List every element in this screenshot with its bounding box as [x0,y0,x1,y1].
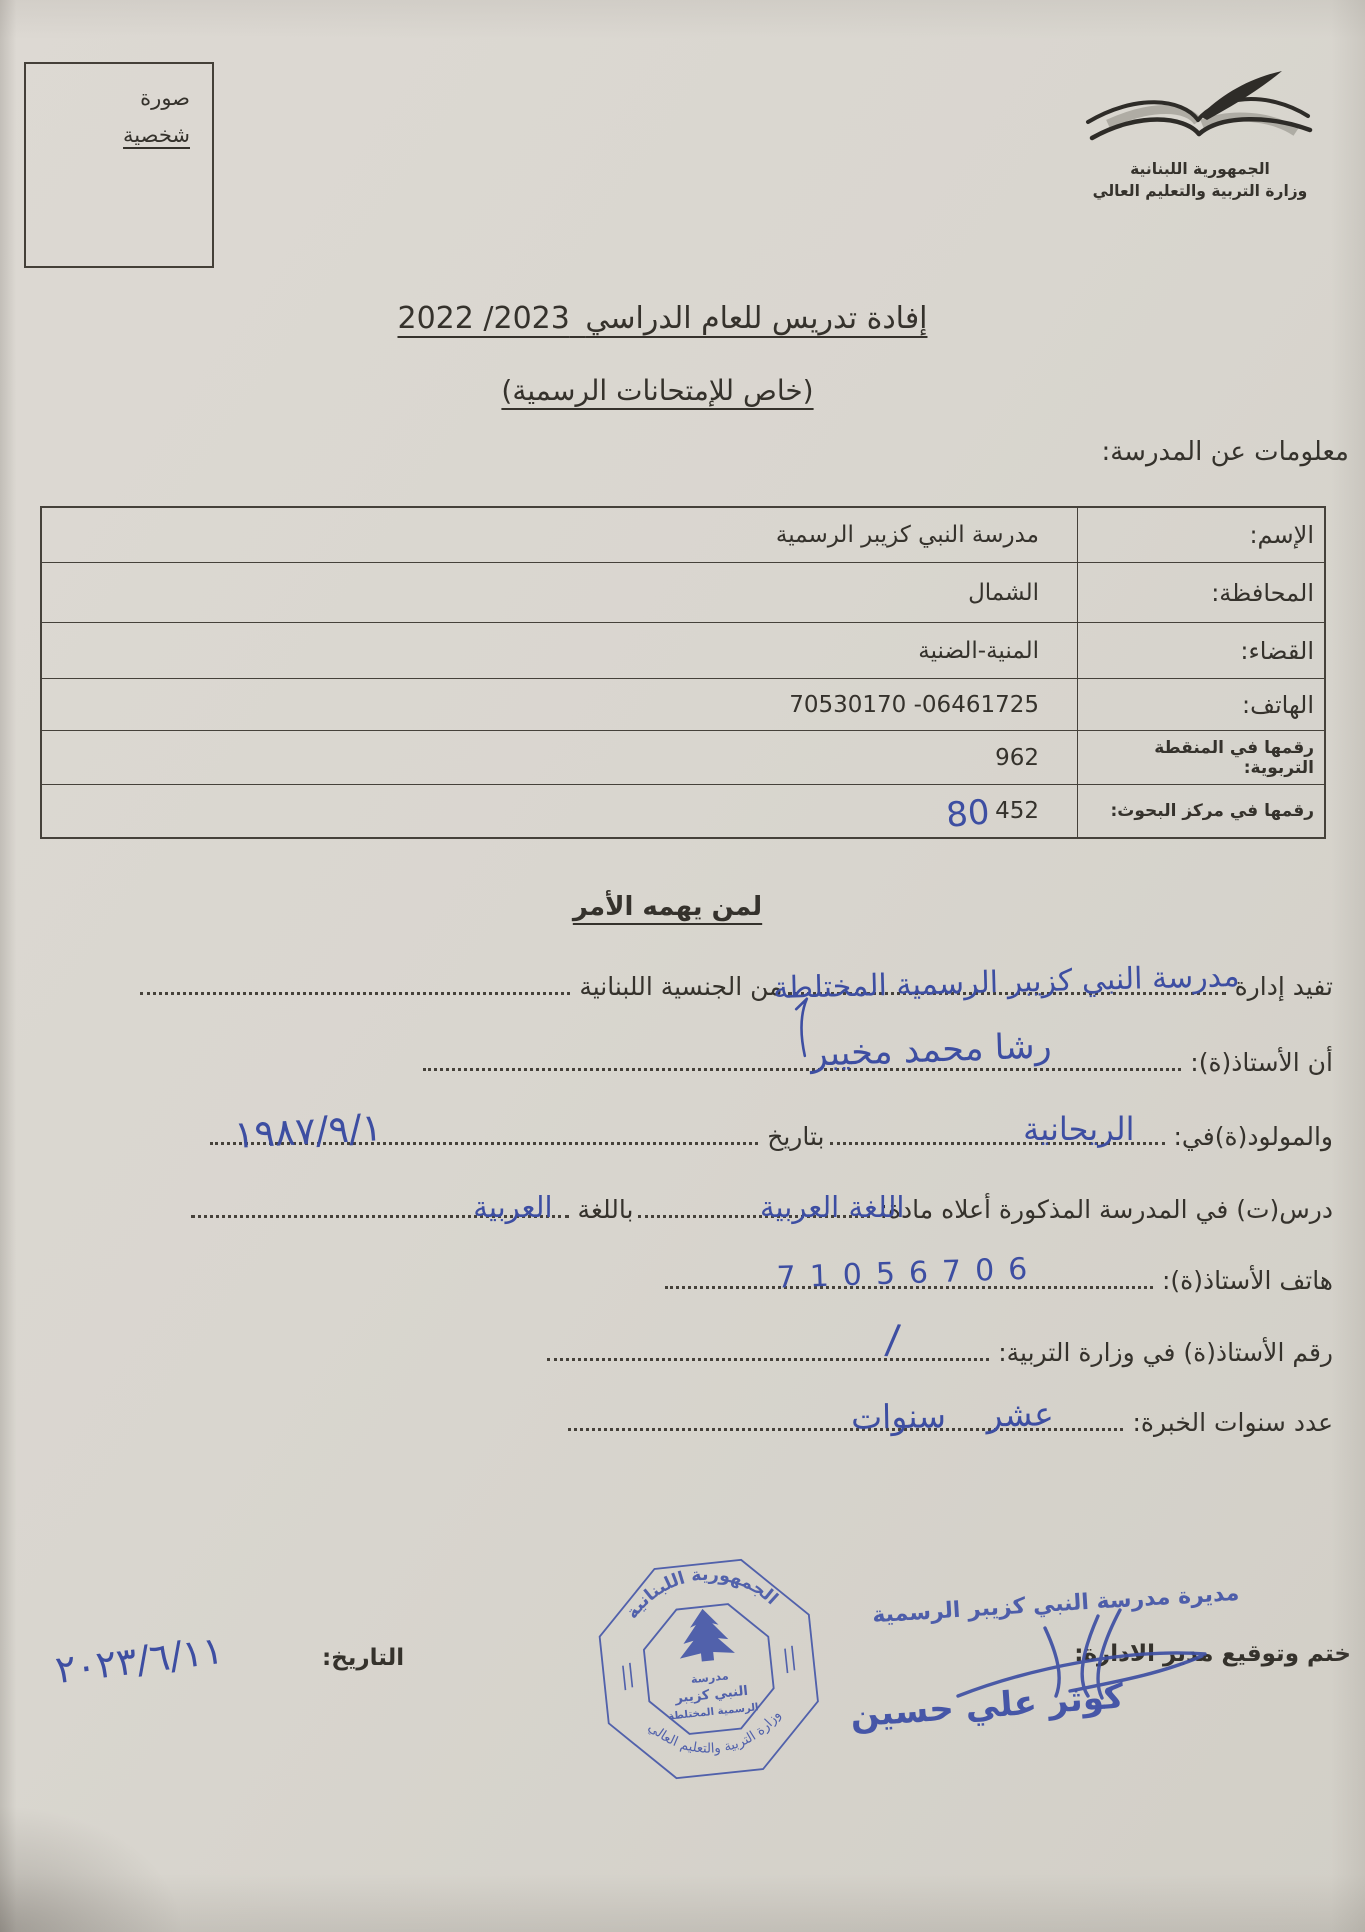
dotted-blank: اللغة العربية [638,1209,870,1218]
table-row-name: الإسم: مدرسة النبي كزيبر الرسمية [42,508,1324,562]
row-label: المحافظة: [1077,563,1324,622]
attestation-line-7: عدد سنوات الخبرة:عشر سنوات [563,1408,1333,1437]
row-value: 452 80 [42,785,1077,837]
handwritten-language: العربية [473,1193,552,1222]
table-row-governorate: المحافظة: الشمال [42,562,1324,622]
document-title: إفادة تدريس للعام الدراسي 2022 /2023 [0,301,1325,336]
dotted-blank: العربية [191,1209,569,1218]
attestation-line-5: هاتف الأستاذ(ة):71056706 [660,1266,1333,1295]
row-value: الشمال [42,563,1077,622]
row-label: رقمها في المنقطة التربوية: [1077,731,1324,784]
handwritten-date: ٢٠٢٣/٦/١١ [53,1628,226,1692]
title-text: إفادة تدريس للعام الدراسي [585,301,927,336]
handwritten-number: 80 [944,792,991,836]
scanned-document-page: صورة شخصية الجمهورية اللبنانية وزارة الت… [0,0,1365,1932]
photo-placeholder-box: صورة شخصية [24,62,214,268]
dotted-blank: عشر سنوات [568,1422,1123,1431]
open-book-logo-icon [1080,70,1320,158]
attestation-line-1: تفيد إدارةمدرسة النبي كزيبر الرسمية المخ… [135,972,1333,1001]
attestation-line-2: أن الأستاذ(ة):رشا محمد مخيبر [418,1048,1333,1077]
attestation-line-6: رقم الأستاذ(ة) في وزارة التربية:/ [542,1338,1333,1367]
table-row-district: القضاء: المنية-الضنية [42,622,1324,678]
row-label: الهاتف: [1077,679,1324,730]
cedar-tree-icon [675,1606,736,1664]
row-value: مدرسة النبي كزيبر الرسمية [42,508,1077,562]
handwritten-dash-mark: / [884,1319,902,1360]
handwritten-subject: اللغة العربية [760,1193,905,1222]
ministry-name: وزارة التربية والتعليم العالي [1050,180,1350,202]
document-subtitle: (خاص للإمتحانات الرسمية) [0,374,1315,407]
row-value: المنية-الضنية [42,623,1077,678]
attestation-heading: لمن يهمه الأمر [0,892,1335,922]
row-value: 962 [42,731,1077,784]
dotted-blank: الريحانية [830,1136,1165,1145]
signature-flourish [779,996,811,1059]
photo-label-line2: شخصية [26,117,190,154]
section-heading-school-info: معلومات عن المدرسة: [1101,437,1349,467]
handwritten-experience-years: عشر سنوات [850,1397,1053,1434]
photo-label-line1: صورة [26,80,190,117]
dotted-blank: 71056706 [665,1280,1153,1289]
director-signature [950,1596,1220,1725]
row-value: 70530170 -06461725 [42,679,1077,730]
dotted-blank: ١٩٨٧/٩/١ [210,1136,758,1145]
dotted-blank: رشا محمد مخيبر [423,1062,1181,1071]
republic-name: الجمهورية اللبنانية [1050,158,1350,180]
attestation-line-4: درس(ت) في المدرسة المذكورة أعلاه مادة:ال… [186,1195,1333,1224]
school-info-table: الإسم: مدرسة النبي كزيبر الرسمية المحافظ… [40,506,1326,839]
row-label: الإسم: [1077,508,1324,562]
row-label: رقمها في مركز البحوث: [1077,785,1324,837]
dotted-blank [140,986,570,995]
handwritten-teacher-phone: 71056706 [776,1254,1042,1293]
table-row-phone: الهاتف: 70530170 -06461725 [42,678,1324,730]
title-years: 2022 /2023 [397,301,569,336]
school-stamp: الجمهورية اللبنانية وزارة التربية والتعل… [574,1538,844,1804]
stamp-center-line1: مدرسة [690,1669,729,1686]
attestation-line-3: والمولود(ة)في:الريحانيةبتاريخ١٩٨٧/٩/١ [205,1122,1333,1151]
dotted-blank: / [547,1352,989,1361]
handwritten-teacher-name: رشا محمد مخيبر [779,987,1052,1073]
handwritten-birthplace: الريحانية [1023,1113,1134,1145]
handwritten-birthdate: ١٩٨٧/٩/١ [233,1108,383,1154]
table-row-research-number: رقمها في مركز البحوث: 452 80 [42,784,1324,837]
ministry-logo: الجمهورية اللبنانية وزارة التربية والتعل… [1050,70,1350,203]
date-label: التاريخ: [322,1645,404,1671]
row-label: القضاء: [1077,623,1324,678]
table-row-zone-number: رقمها في المنقطة التربوية: 962 [42,730,1324,784]
